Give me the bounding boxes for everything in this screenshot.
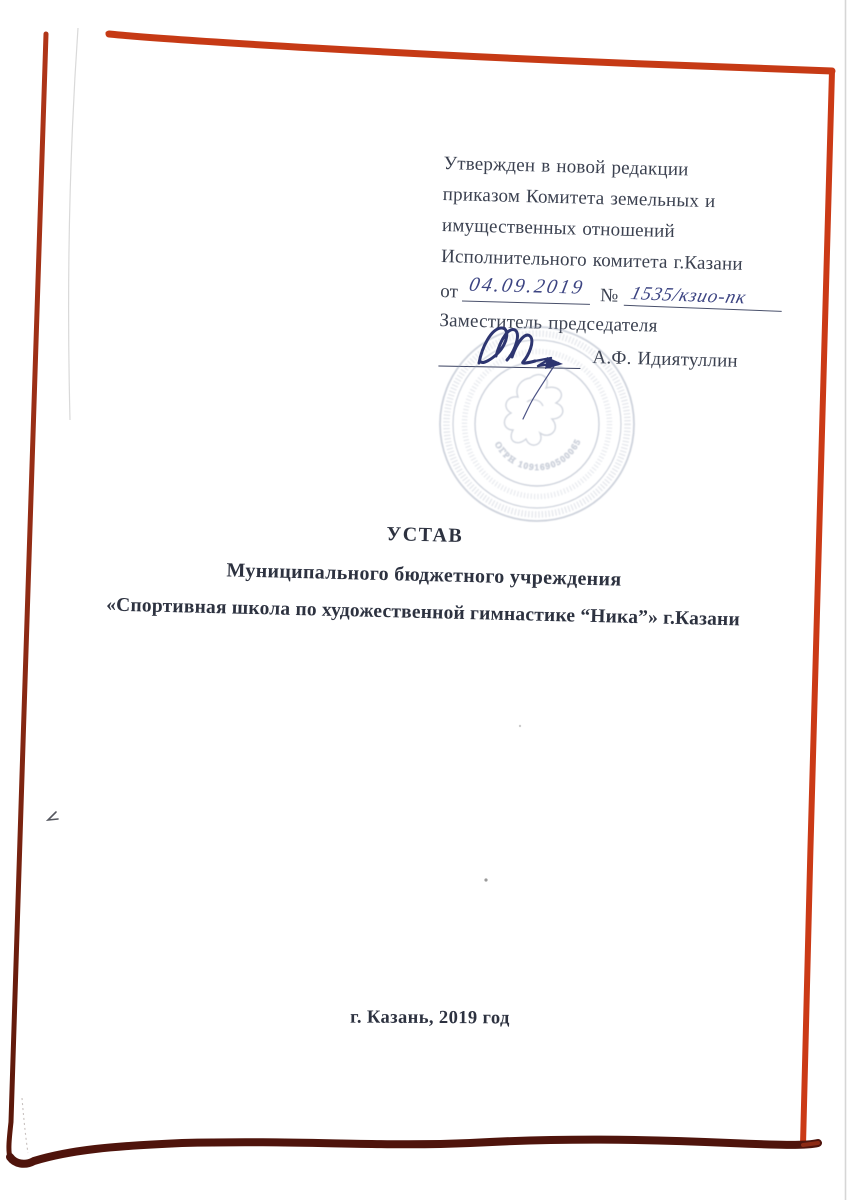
crease-dots (22, 1098, 28, 1153)
border-right (803, 71, 832, 1145)
stamp-emblem-dragon (504, 375, 562, 446)
organization-name: «Спортивная школа по художественной гимн… (59, 593, 787, 632)
approval-block: Утвержден в новой редакции приказом Коми… (438, 148, 790, 375)
signatory-name: А.Ф. Идиятуллин (592, 346, 738, 374)
document-title: УСТАВ (61, 515, 789, 555)
number-label: № (600, 283, 619, 309)
organization-type: Муниципального бюджетного учреждения (60, 555, 788, 595)
stamp-microtext-ring-inner (465, 352, 610, 497)
date-underline: 04.09.2019 (462, 277, 591, 305)
number-underline: 1535/кзио-пк (624, 281, 783, 312)
pen-check-mark (48, 812, 58, 820)
border-bottom-right-tick (803, 1143, 818, 1145)
handwritten-number: 1535/кзио-пк (628, 278, 751, 313)
handwritten-date: 04.09.2019 (466, 270, 587, 304)
crease-line (69, 28, 78, 420)
speck (519, 725, 521, 727)
signature-tail-stroke (523, 366, 554, 419)
border-top-tip (107, 33, 128, 37)
border-top (109, 34, 832, 71)
speck (484, 878, 487, 881)
border-left (9, 34, 46, 1157)
stamp-ogrn-text: ОГРН 1091690500065 (493, 437, 583, 472)
border-bottom (10, 1140, 818, 1164)
date-label: от (440, 279, 459, 305)
document-title-block: УСТАВ Муниципального бюджетного учрежден… (59, 515, 789, 632)
footer-city-year: г. Казань, 2019 год (6, 1006, 848, 1031)
scanned-document-page: Утвержден в новой редакции приказом Коми… (0, 0, 848, 1200)
signature-line (438, 340, 580, 369)
